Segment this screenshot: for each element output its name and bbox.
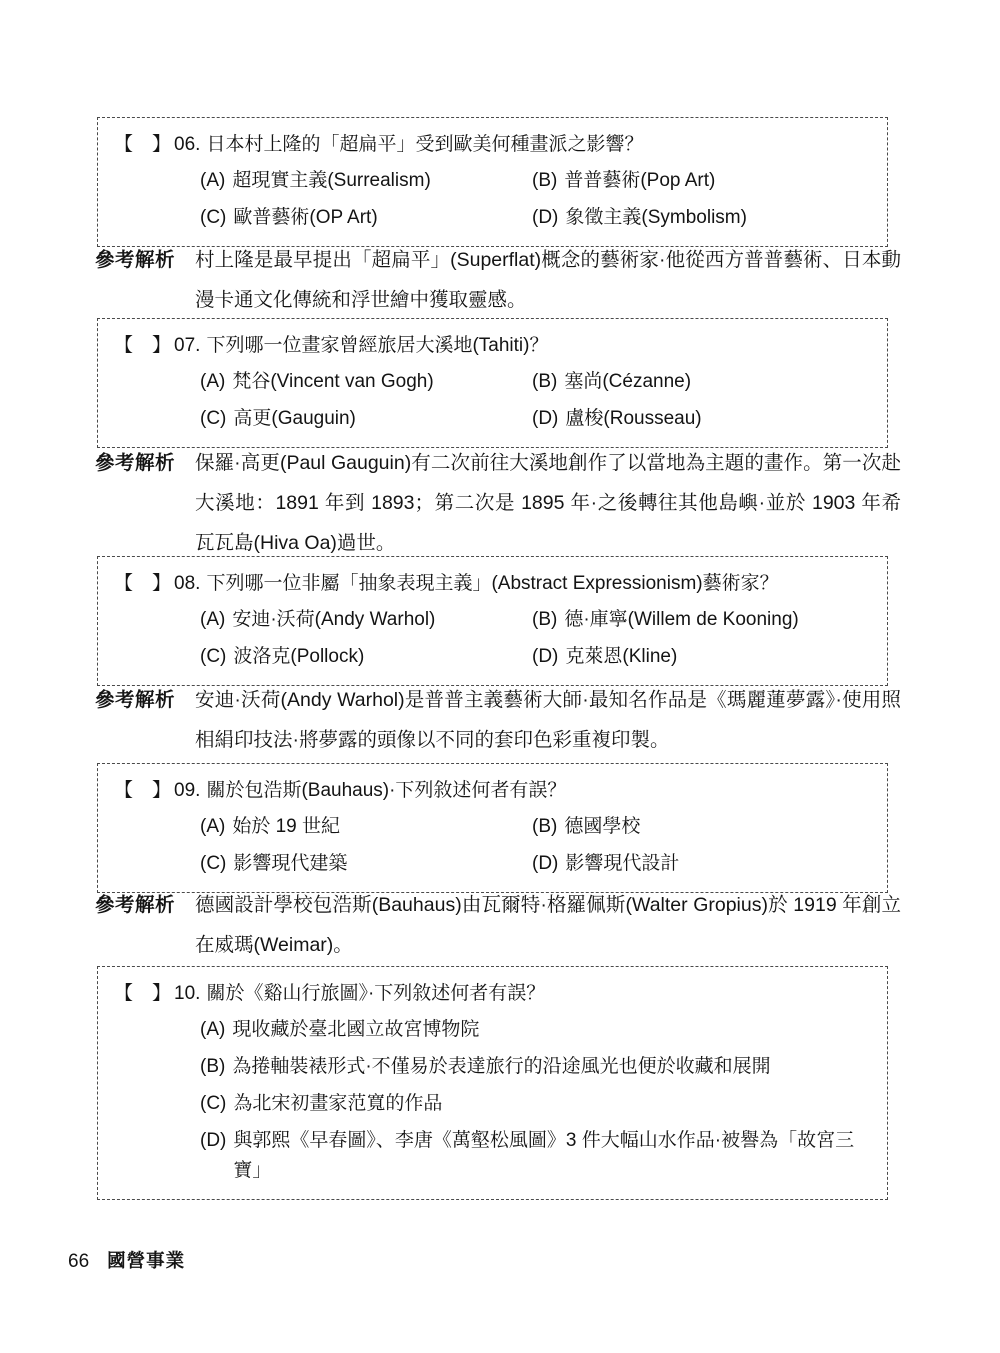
option-b: (B)德·庫寧(Willem de Kooning) xyxy=(532,605,873,635)
option-letter: (B) xyxy=(532,166,557,196)
options-grid: (A)始於 19 世紀 (B)德國學校 (C)影響現代建築 (D)影響現代設計 xyxy=(200,812,873,879)
question-text: 下列哪一位畫家曾經旅居大溪地(Tahiti)？ xyxy=(206,335,548,356)
options-grid: (A)梵谷(Vincent van Gogh) (B)塞尚(Cézanne) (… xyxy=(200,367,873,434)
answer-bracket: 【 】 xyxy=(114,134,171,155)
question-title: 【 】06.日本村上隆的「超扁平」受到歐美何種畫派之影響？ xyxy=(114,131,873,159)
option-text: 影響現代建築 xyxy=(233,849,532,879)
option-letter: (B) xyxy=(200,1052,225,1082)
section-title: 國營事業 xyxy=(107,1247,185,1273)
question-box-10: 【 】10.關於《谿山行旅圖》·下列敘述何者有誤？ (A)現收藏於臺北國立故宮博… xyxy=(97,966,888,1200)
option-d: (D)克萊恩(Kline) xyxy=(532,642,873,672)
option-text: 為北宋初畫家范寬的作品 xyxy=(233,1089,873,1119)
option-letter: (C) xyxy=(200,849,226,879)
question-box-07: 【 】07.下列哪一位畫家曾經旅居大溪地(Tahiti)？ (A)梵谷(Vinc… xyxy=(97,318,888,448)
analysis-label: 參考解析 xyxy=(95,443,195,483)
analysis-block-07: 參考解析 保羅·高更(Paul Gauguin)有二次前往大溪地創作了以當地為主… xyxy=(95,443,901,563)
option-a: (A)現收藏於臺北國立故宮博物院 xyxy=(200,1015,873,1045)
option-b: (B)塞尚(Cézanne) xyxy=(532,367,873,397)
question-number: 06. xyxy=(174,134,200,155)
option-b: (B)德國學校 xyxy=(532,812,873,842)
option-text: 德國學校 xyxy=(564,812,873,842)
option-d: (D)與郭熙《早春圖》、李唐《萬壑松風圖》3 件大幅山水作品·被譽為「故宮三寶」 xyxy=(200,1126,873,1186)
option-letter: (B) xyxy=(532,812,557,842)
option-letter: (D) xyxy=(532,849,558,879)
options-list: (A)現收藏於臺北國立故宮博物院 (B)為捲軸裝裱形式·不僅易於表達旅行的沿途風… xyxy=(200,1015,873,1186)
option-text: 普普藝術(Pop Art) xyxy=(564,166,873,196)
question-text: 下列哪一位非屬「抽象表現主義」(Abstract Expressionism)藝… xyxy=(206,573,778,594)
analysis-label: 參考解析 xyxy=(95,680,195,720)
option-d: (D)影響現代設計 xyxy=(532,849,873,879)
answer-bracket: 【 】 xyxy=(114,335,171,356)
option-c: (C)波洛克(Pollock) xyxy=(200,642,532,672)
page-footer: 66 國營事業 xyxy=(68,1247,185,1273)
page-number: 66 xyxy=(68,1251,89,1273)
analysis-block-08: 參考解析 安迪·沃荷(Andy Warhol)是普普主義藝術大師·最知名作品是《… xyxy=(95,680,901,760)
analysis-text: 德國設計學校包浩斯(Bauhaus)由瓦爾特·格羅佩斯(Walter Gropi… xyxy=(195,885,901,965)
option-c: (C)高更(Gauguin) xyxy=(200,404,532,434)
question-number: 07. xyxy=(174,335,200,356)
option-a: (A)梵谷(Vincent van Gogh) xyxy=(200,367,532,397)
option-b: (B)為捲軸裝裱形式·不僅易於表達旅行的沿途風光也便於收藏和展開 xyxy=(200,1052,873,1082)
exam-book-page: 【 】06.日本村上隆的「超扁平」受到歐美何種畫派之影響？ (A)超現實主義(S… xyxy=(0,0,1000,1353)
analysis-label: 參考解析 xyxy=(95,885,195,925)
option-letter: (D) xyxy=(532,203,558,233)
option-text: 盧梭(Rousseau) xyxy=(565,404,873,434)
option-letter: (C) xyxy=(200,642,226,672)
analysis-block-09: 參考解析 德國設計學校包浩斯(Bauhaus)由瓦爾特·格羅佩斯(Walter … xyxy=(95,885,901,965)
option-text: 現收藏於臺北國立故宮博物院 xyxy=(232,1015,873,1045)
question-text: 日本村上隆的「超扁平」受到歐美何種畫派之影響？ xyxy=(206,134,643,155)
question-number: 08. xyxy=(174,573,200,594)
question-text: 關於《谿山行旅圖》·下列敘述何者有誤？ xyxy=(206,983,545,1004)
option-text: 梵谷(Vincent van Gogh) xyxy=(232,367,532,397)
option-letter: (A) xyxy=(200,1015,225,1045)
option-letter: (B) xyxy=(532,367,557,397)
option-text: 波洛克(Pollock) xyxy=(233,642,532,672)
answer-bracket: 【 】 xyxy=(114,780,171,801)
option-text: 超現實主義(Surrealism) xyxy=(232,166,532,196)
option-b: (B)普普藝術(Pop Art) xyxy=(532,166,873,196)
option-letter: (A) xyxy=(200,812,225,842)
option-text: 象徵主義(Symbolism) xyxy=(565,203,873,233)
options-grid: (A)安迪·沃荷(Andy Warhol) (B)德·庫寧(Willem de … xyxy=(200,605,873,672)
option-letter: (C) xyxy=(200,404,226,434)
option-c: (C)歐普藝術(OP Art) xyxy=(200,203,532,233)
option-text: 克萊恩(Kline) xyxy=(565,642,873,672)
analysis-text: 保羅·高更(Paul Gauguin)有二次前往大溪地創作了以當地為主題的畫作。… xyxy=(195,443,901,563)
question-number: 09. xyxy=(174,780,200,801)
option-text: 始於 19 世紀 xyxy=(232,812,532,842)
option-letter: (A) xyxy=(200,605,225,635)
question-box-08: 【 】08.下列哪一位非屬「抽象表現主義」(Abstract Expressio… xyxy=(97,556,888,686)
option-text: 為捲軸裝裱形式·不僅易於表達旅行的沿途風光也便於收藏和展開 xyxy=(232,1052,873,1082)
question-text: 關於包浩斯(Bauhaus)·下列敘述何者有誤？ xyxy=(206,780,566,801)
question-title: 【 】09.關於包浩斯(Bauhaus)·下列敘述何者有誤？ xyxy=(114,777,873,805)
option-letter: (D) xyxy=(532,642,558,672)
option-text: 塞尚(Cézanne) xyxy=(564,367,873,397)
option-text: 影響現代設計 xyxy=(565,849,873,879)
option-text: 安迪·沃荷(Andy Warhol) xyxy=(232,605,532,635)
option-letter: (D) xyxy=(200,1126,226,1156)
option-letter: (D) xyxy=(532,404,558,434)
question-box-09: 【 】09.關於包浩斯(Bauhaus)·下列敘述何者有誤？ (A)始於 19 … xyxy=(97,763,888,893)
option-d: (D)象徵主義(Symbolism) xyxy=(532,203,873,233)
option-text: 德·庫寧(Willem de Kooning) xyxy=(564,605,873,635)
question-title: 【 】10.關於《谿山行旅圖》·下列敘述何者有誤？ xyxy=(114,980,873,1008)
answer-bracket: 【 】 xyxy=(114,573,171,594)
option-c: (C)影響現代建築 xyxy=(200,849,532,879)
options-grid: (A)超現實主義(Surrealism) (B)普普藝術(Pop Art) (C… xyxy=(200,166,873,233)
option-text: 歐普藝術(OP Art) xyxy=(233,203,532,233)
option-letter: (A) xyxy=(200,367,225,397)
analysis-block-06: 參考解析 村上隆是最早提出「超扁平」(Superflat)概念的藝術家·他從西方… xyxy=(95,240,901,320)
question-number: 10. xyxy=(174,983,200,1004)
answer-bracket: 【 】 xyxy=(114,983,171,1004)
option-a: (A)安迪·沃荷(Andy Warhol) xyxy=(200,605,532,635)
analysis-label: 參考解析 xyxy=(95,240,195,280)
option-text: 高更(Gauguin) xyxy=(233,404,532,434)
option-d: (D)盧梭(Rousseau) xyxy=(532,404,873,434)
option-text: 與郭熙《早春圖》、李唐《萬壑松風圖》3 件大幅山水作品·被譽為「故宮三寶」 xyxy=(233,1126,873,1186)
option-a: (A)始於 19 世紀 xyxy=(200,812,532,842)
option-c: (C)為北宋初畫家范寬的作品 xyxy=(200,1089,873,1119)
option-letter: (B) xyxy=(532,605,557,635)
option-letter: (A) xyxy=(200,166,225,196)
option-letter: (C) xyxy=(200,203,226,233)
question-title: 【 】07.下列哪一位畫家曾經旅居大溪地(Tahiti)？ xyxy=(114,332,873,360)
question-box-06: 【 】06.日本村上隆的「超扁平」受到歐美何種畫派之影響？ (A)超現實主義(S… xyxy=(97,117,888,247)
analysis-text: 村上隆是最早提出「超扁平」(Superflat)概念的藝術家·他從西方普普藝術、… xyxy=(195,240,901,320)
question-title: 【 】08.下列哪一位非屬「抽象表現主義」(Abstract Expressio… xyxy=(114,570,873,598)
analysis-text: 安迪·沃荷(Andy Warhol)是普普主義藝術大師·最知名作品是《瑪麗蓮夢露… xyxy=(195,680,901,760)
option-a: (A)超現實主義(Surrealism) xyxy=(200,166,532,196)
option-letter: (C) xyxy=(200,1089,226,1119)
